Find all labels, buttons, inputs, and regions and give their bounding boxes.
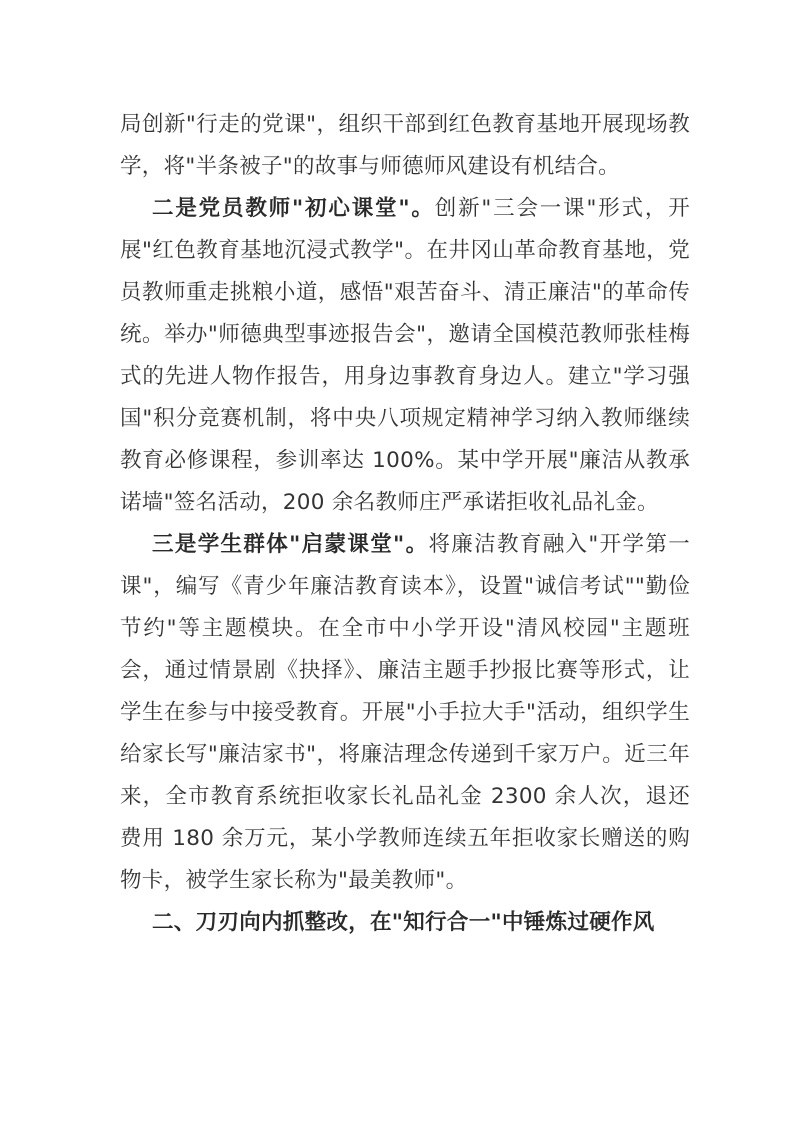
- paragraph-3: 三是学生群体"启蒙课堂"。将廉洁教育融入"开学第一课"，编写《青少年廉洁教育读本…: [120, 524, 690, 902]
- paragraph-2-text: 创新"三会一课"形式，开展"红色教育基地沉浸式教学"。在井冈山革命教育基地，党员…: [120, 196, 690, 515]
- document-page: 局创新"行走的党课"，组织干部到红色教育基地开展现场教学，将"半条被子"的故事与…: [120, 104, 690, 944]
- paragraph-3-lead: 三是学生群体"启蒙课堂"。: [152, 532, 428, 557]
- paragraph-1-text: 局创新"行走的党课"，组织干部到红色教育基地开展现场教学，将"半条被子"的故事与…: [120, 112, 690, 179]
- paragraph-2: 二是党员教师"初心课堂"。创新"三会一课"形式，开展"红色教育基地沉浸式教学"。…: [120, 188, 690, 524]
- paragraph-1: 局创新"行走的党课"，组织干部到红色教育基地开展现场教学，将"半条被子"的故事与…: [120, 104, 690, 188]
- paragraph-3-text: 将廉洁教育融入"开学第一课"，编写《青少年廉洁教育读本》，设置"诚信考试""勤俭…: [120, 532, 690, 893]
- section-heading: 二、刀刃向内抓整改，在"知行合一"中锤炼过硬作风: [120, 902, 690, 944]
- paragraph-2-lead: 二是党员教师"初心课堂"。: [152, 196, 435, 221]
